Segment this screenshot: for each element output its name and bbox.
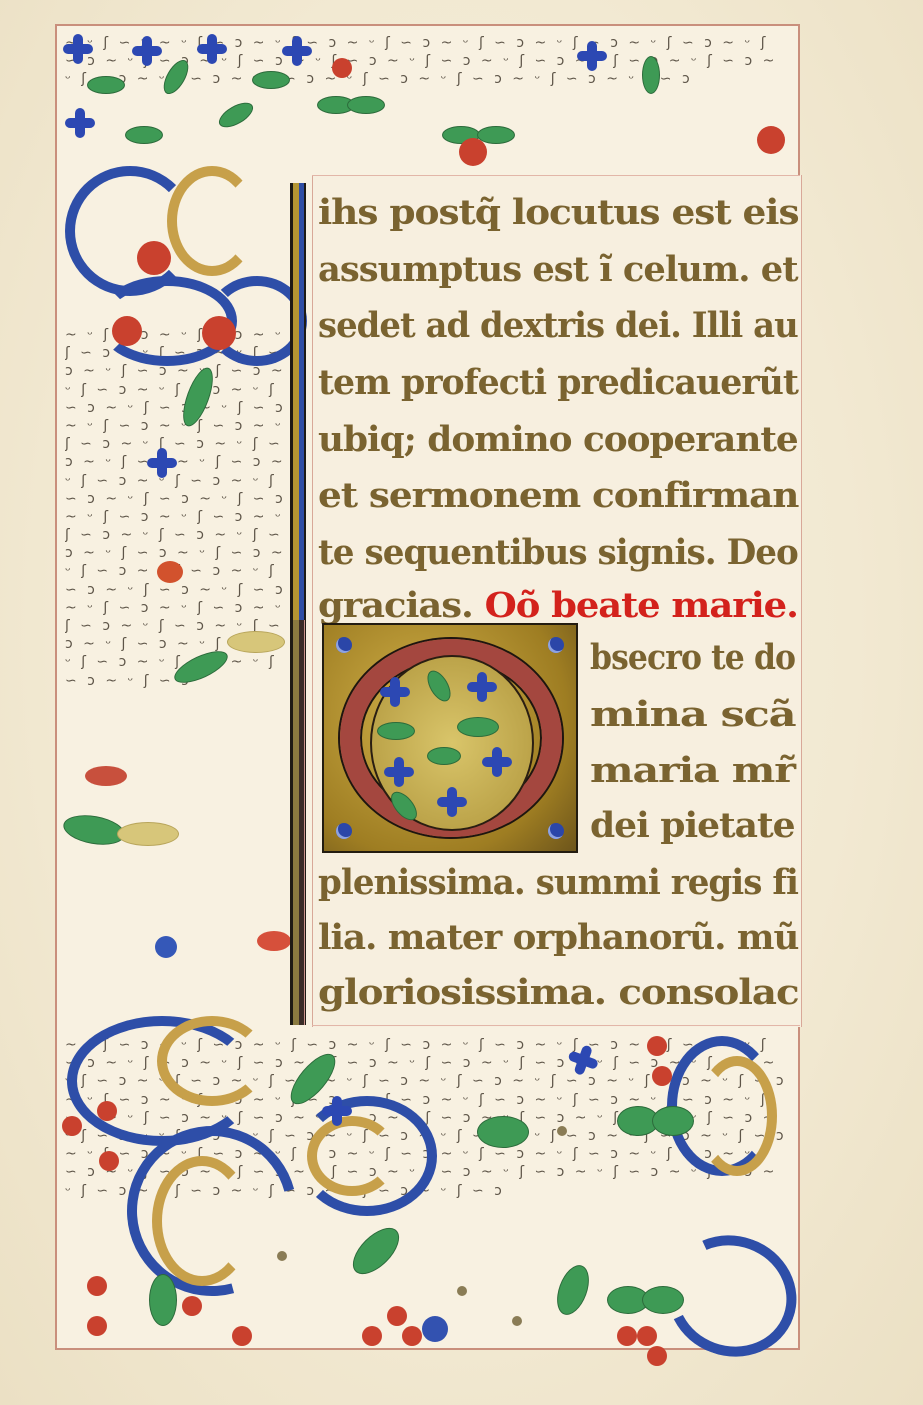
gold-dot-icon	[557, 1126, 567, 1136]
text-line-2: assumptus est ĩ celum. et	[318, 252, 798, 287]
red-berry-icon	[387, 1306, 407, 1326]
green-leaf-icon	[125, 126, 163, 144]
initial-gold-field	[370, 655, 534, 831]
blue-flower-icon	[380, 677, 410, 707]
blue-flower-icon	[577, 41, 607, 71]
blue-flower-icon	[322, 1096, 356, 1130]
text-line-4: tem profecti predicauerũt	[318, 365, 798, 400]
gold-dot-icon	[512, 1316, 522, 1326]
green-leaf-icon	[252, 71, 290, 89]
green-leaf-icon	[87, 76, 125, 94]
red-flower-icon	[257, 931, 291, 951]
text-line-7: te sequentibus signis. Deo	[318, 535, 798, 570]
illuminated-initial-o	[322, 623, 578, 853]
red-berry-icon	[182, 1296, 202, 1316]
text-line-9: bsecro te do	[590, 640, 795, 675]
text-line-5: ubiq; domino cooperante	[318, 422, 798, 457]
red-berry-icon	[232, 1326, 252, 1346]
ruling-line	[312, 175, 800, 176]
red-berry-icon	[112, 316, 142, 346]
text-line-15: gloriosissima. consolac	[318, 975, 798, 1010]
red-berry-icon	[652, 1066, 672, 1086]
rubric-heading: Oõ beate marie.	[485, 585, 798, 626]
text-line-8: gracias. Oõ beate marie.	[318, 588, 798, 623]
blue-flower-icon	[147, 448, 183, 484]
acanthus-scroll-icon	[697, 1056, 777, 1176]
blue-flower-icon	[63, 34, 93, 64]
red-berry-icon	[87, 1276, 107, 1296]
green-leaf-icon	[652, 1106, 694, 1136]
red-berry-icon	[362, 1326, 382, 1346]
red-berry-icon	[459, 138, 487, 166]
green-leaf-icon	[377, 722, 415, 740]
red-berry-icon	[99, 1151, 119, 1171]
text-line-3: sedet ad dextris dei. Illi au	[318, 308, 798, 343]
red-berry-icon	[637, 1326, 657, 1346]
red-berry-icon	[87, 1316, 107, 1336]
gold-leaf-icon	[117, 822, 179, 846]
gold-leaf-icon	[227, 631, 285, 653]
acanthus-scroll-icon	[167, 166, 257, 276]
gold-bar-lower	[290, 620, 308, 1025]
red-berry-icon	[332, 58, 352, 78]
blue-flower-icon	[467, 672, 497, 702]
blue-dot-icon	[336, 823, 352, 839]
ivy-sprays-top: ~ ᵕ ʃ ∽ ɔ ~ ᵕ ʃ ∽ ɔ ~ ᵕ ʃ ∽ ɔ ~ ᵕ ʃ ∽ ɔ …	[65, 34, 790, 174]
text-line-8-body: gracias.	[318, 585, 473, 626]
acanthus-scroll-icon	[152, 1156, 252, 1286]
green-leaf-icon	[423, 667, 456, 705]
text-line-14: lia. mater orphanorũ. mũ	[318, 920, 798, 955]
red-berry-icon	[617, 1326, 637, 1346]
blue-flower-icon	[132, 36, 162, 66]
red-berry-icon	[647, 1346, 667, 1366]
red-flower-icon	[85, 766, 127, 786]
blue-flower-icon	[482, 747, 512, 777]
acanthus-scroll-icon	[157, 1016, 267, 1106]
text-line-6: et sermonem confirman	[318, 478, 798, 513]
text-line-1: ihs postq̃ locutus est eis	[318, 195, 799, 230]
blue-dot-icon	[548, 823, 564, 839]
green-leaf-icon	[457, 717, 499, 737]
red-flower-bud-icon	[157, 561, 183, 583]
red-berry-icon	[647, 1036, 667, 1056]
blue-berry-icon	[422, 1316, 448, 1342]
green-leaf-icon	[347, 96, 385, 114]
blue-flower-icon	[437, 787, 465, 815]
ruling-line	[312, 1025, 800, 1026]
blue-flower-icon	[197, 34, 227, 64]
blue-dot-icon	[548, 637, 564, 653]
text-line-13: plenissima. summi regis fi	[318, 865, 798, 900]
text-line-11: maria mr̃	[590, 753, 795, 788]
red-berry-icon	[202, 316, 236, 350]
red-berry-icon	[137, 241, 171, 275]
red-berry-icon	[402, 1326, 422, 1346]
blue-dot-icon	[336, 637, 352, 653]
green-leaf-icon	[477, 1116, 529, 1148]
red-berry-icon	[97, 1101, 117, 1121]
green-leaf-icon	[149, 1274, 177, 1326]
blue-flower-icon	[384, 757, 414, 787]
green-leaf-icon	[427, 747, 461, 765]
red-berry-icon	[757, 126, 785, 154]
green-leaf-icon	[642, 56, 660, 94]
green-leaf-icon	[642, 1286, 684, 1314]
gold-dot-icon	[277, 1251, 287, 1261]
blue-flower-icon	[282, 36, 312, 66]
blue-flower-icon	[65, 108, 95, 138]
text-line-12: dei pietate	[590, 808, 795, 843]
red-berry-icon	[62, 1116, 82, 1136]
gold-dot-icon	[457, 1286, 467, 1296]
blue-bud-icon	[155, 936, 177, 958]
text-line-10: mina scã	[590, 697, 795, 732]
